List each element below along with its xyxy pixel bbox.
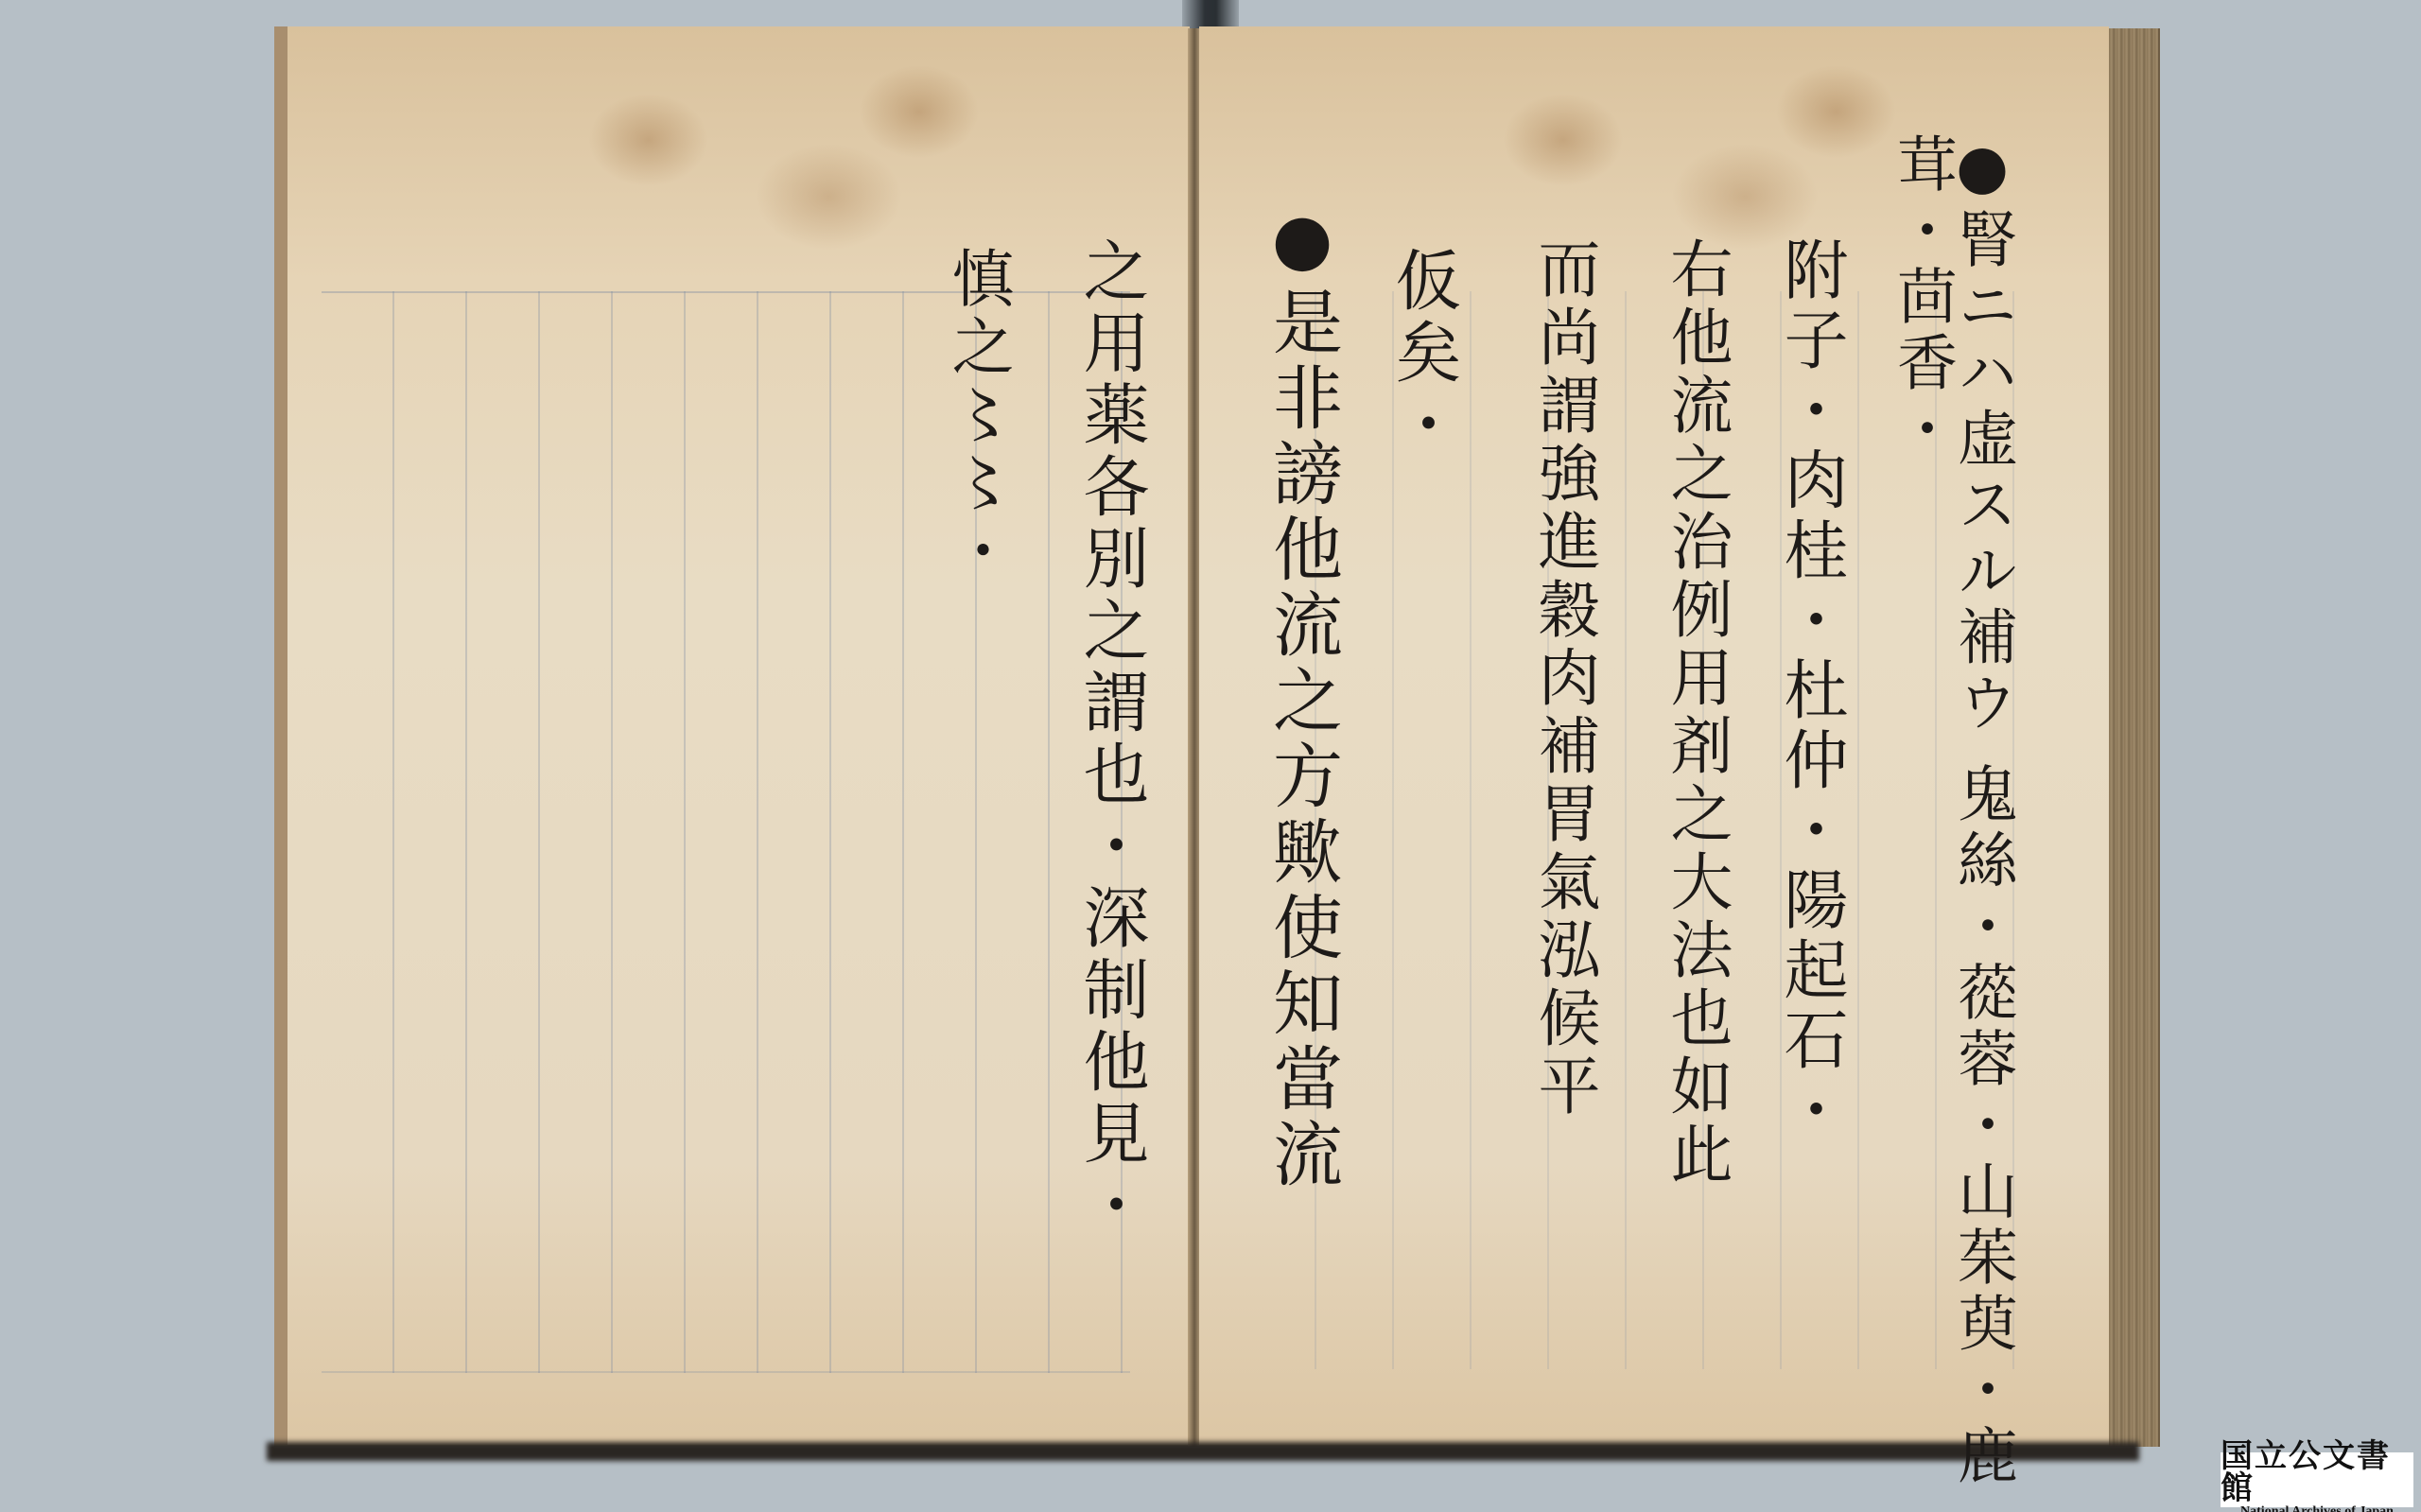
right-column-6: ●是非謗他流之方歟使知當流 [1267,199,1337,1193]
logo-english-text: National Archives of Japan [2240,1504,2394,1512]
left-column-2: 慎之〻〻・ [946,246,1008,586]
left-column-1: 之用薬各別之謂也・深制他見・ [1078,236,1144,1243]
right-column-3: 右他流之治例用剤之大法也如此 [1664,236,1727,1190]
right-column-4: 而尚謂強進穀肉補胃氣泓候平 [1532,236,1594,1121]
right-column-2: 附子・肉桂・杜仲・陽起石・ [1778,236,1842,1146]
fore-edge [2109,28,2160,1447]
book-shadow [267,1442,2139,1461]
right-column-1: ●腎ニハ虚スル補ウ 鬼絲・蓯蓉・山茱萸・鹿茸・茴香・ [1891,132,2012,1512]
right-column-5: 仮矣・ [1390,246,1456,461]
logo-japanese-text: 国立公文書館 [2221,1440,2413,1504]
national-archives-logo: 国立公文書館 National Archives of Japan [2221,1452,2413,1507]
